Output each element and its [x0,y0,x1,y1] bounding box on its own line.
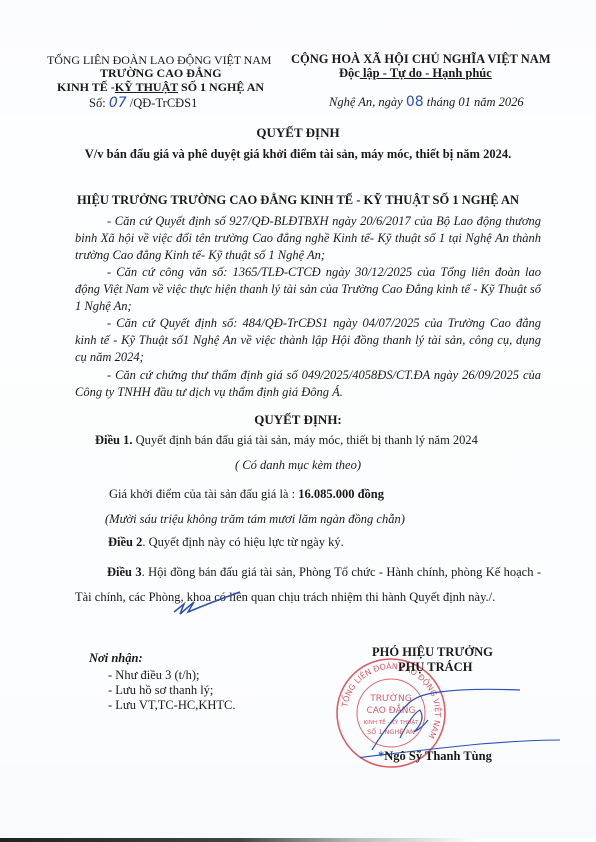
recipients-title: Nơi nhận: [89,651,143,666]
legal-basis-item: - Căn cứ công văn số: 1365/TLĐ-CTCĐ ngày… [75,264,541,316]
article-2: Điều 2. Quyết định này có hiệu lực từ ng… [108,535,344,550]
date-suffix: tháng 01 năm 2026 [424,95,524,109]
article-2-label: Điều 2 [108,535,142,549]
national-motto: Độc lập - Tự do - Hạnh phúc [339,66,492,81]
legal-basis-item: - Căn cứ Quyết định số 927/QĐ-BLĐTBXH ng… [75,213,541,265]
document-number: Số: 07 /QĐ-TrCĐS1 [89,95,197,111]
article-3-label: Điều 3 [107,565,142,579]
document-page: TỔNG LIÊN ĐOÀN LAO ĐỘNG VIỆT NAM TRƯỜNG … [0,0,596,842]
price-label: Giá khởi điểm của tài sản đấu giá là : [109,487,298,501]
legal-basis-text: - Căn cứ công văn số: 1365/TLĐ-CTCĐ ngày… [75,265,541,313]
school-name-suffix: SỐ 1 NGHỆ AN [178,80,264,94]
legal-basis-text: - Căn cứ chứng thư thẩm định giá số 049/… [75,368,541,399]
date-prefix: Nghệ An, ngày [329,95,406,109]
school-name-line2: KINH TẾ -KỸ THUẬT SỐ 1 NGHỆ AN [57,80,264,95]
motto-underlined: lập - Tự do - Hạnh phúc [360,66,492,80]
place-and-date: Nghệ An, ngày 08 tháng 01 năm 2026 [329,94,524,110]
article-1-note: ( Có danh mục kèm theo) [0,458,596,473]
document-title: QUYẾT ĐỊNH [0,125,596,141]
legal-basis-item: - Căn cứ chứng thư thẩm định giá số 049/… [75,367,541,401]
scan-edge [0,838,596,842]
legal-basis-text: - Căn cứ Quyết định số 927/QĐ-BLĐTBXH ng… [75,214,541,262]
number-label: Số: [89,96,109,110]
signer-name-text: Ngô Sỹ Thanh Tùng [384,749,492,763]
issuing-authority: HIỆU TRƯỞNG TRƯỜNG CAO ĐẲNG KINH TẾ - KỸ… [0,193,596,208]
article-3: Điều 3. Hội đồng bán đấu giá tài sản, Ph… [75,560,541,610]
article-2-text: . Quyết định này có hiệu lực từ ngày ký. [142,535,343,549]
handwritten-day: 08 [406,94,424,110]
article-1-label: Điều 1. [95,433,133,447]
recipient-item: - Lưu hồ sơ thanh lý; [108,683,213,698]
signer-title-line1: PHÓ HIỆU TRƯỞNG [372,645,493,660]
price-in-words: (Mười sáu triệu không trăm tám mươi lăm … [105,512,405,527]
school-name-prefix: KINH TẾ - [57,80,115,94]
starting-price: Giá khởi điểm của tài sản đấu giá là : 1… [109,487,384,502]
national-title: CỘNG HOÀ XÃ HỘI CHỦ NGHĨA VIỆT NAM [291,52,551,67]
motto-first-word: Độc [339,66,360,80]
school-name-underlined: KỸ THUẬT [115,80,178,94]
document-subject: V/v bán đấu giá và phê duyệt giá khởi đi… [0,147,596,162]
handwritten-number: 07 [109,95,127,111]
recipient-item: - Lưu VT,TC-HC,KHTC. [108,698,235,713]
school-name-line1: TRƯỜNG CAO ĐẲNG [100,66,222,81]
number-suffix: /QĐ-TrCĐS1 [127,96,198,110]
article-1: Điều 1. Quyết định bán đấu giá tài sản, … [95,433,478,448]
recipient-item: - Như điều 3 (t/h); [108,668,199,683]
legal-basis-text: - Căn cứ Quyết định số: 484/QĐ-TrCĐS1 ng… [75,316,541,364]
decision-heading: QUYẾT ĐỊNH: [0,412,596,428]
initial-flourish-icon [172,588,242,618]
legal-basis-item: - Căn cứ Quyết định số: 484/QĐ-TrCĐS1 ng… [75,315,541,367]
signer-name: *Ngô Sỹ Thanh Tùng [378,749,492,764]
article-3-text: . Hội đồng bán đấu giá tài sản, Phòng Tổ… [75,565,541,604]
article-1-text: Quyết định bán đấu giá tài sản, máy móc,… [133,433,478,447]
signer-title-line2: PHỤ TRÁCH [398,660,472,675]
price-value: 16.085.000 đồng [298,487,384,501]
